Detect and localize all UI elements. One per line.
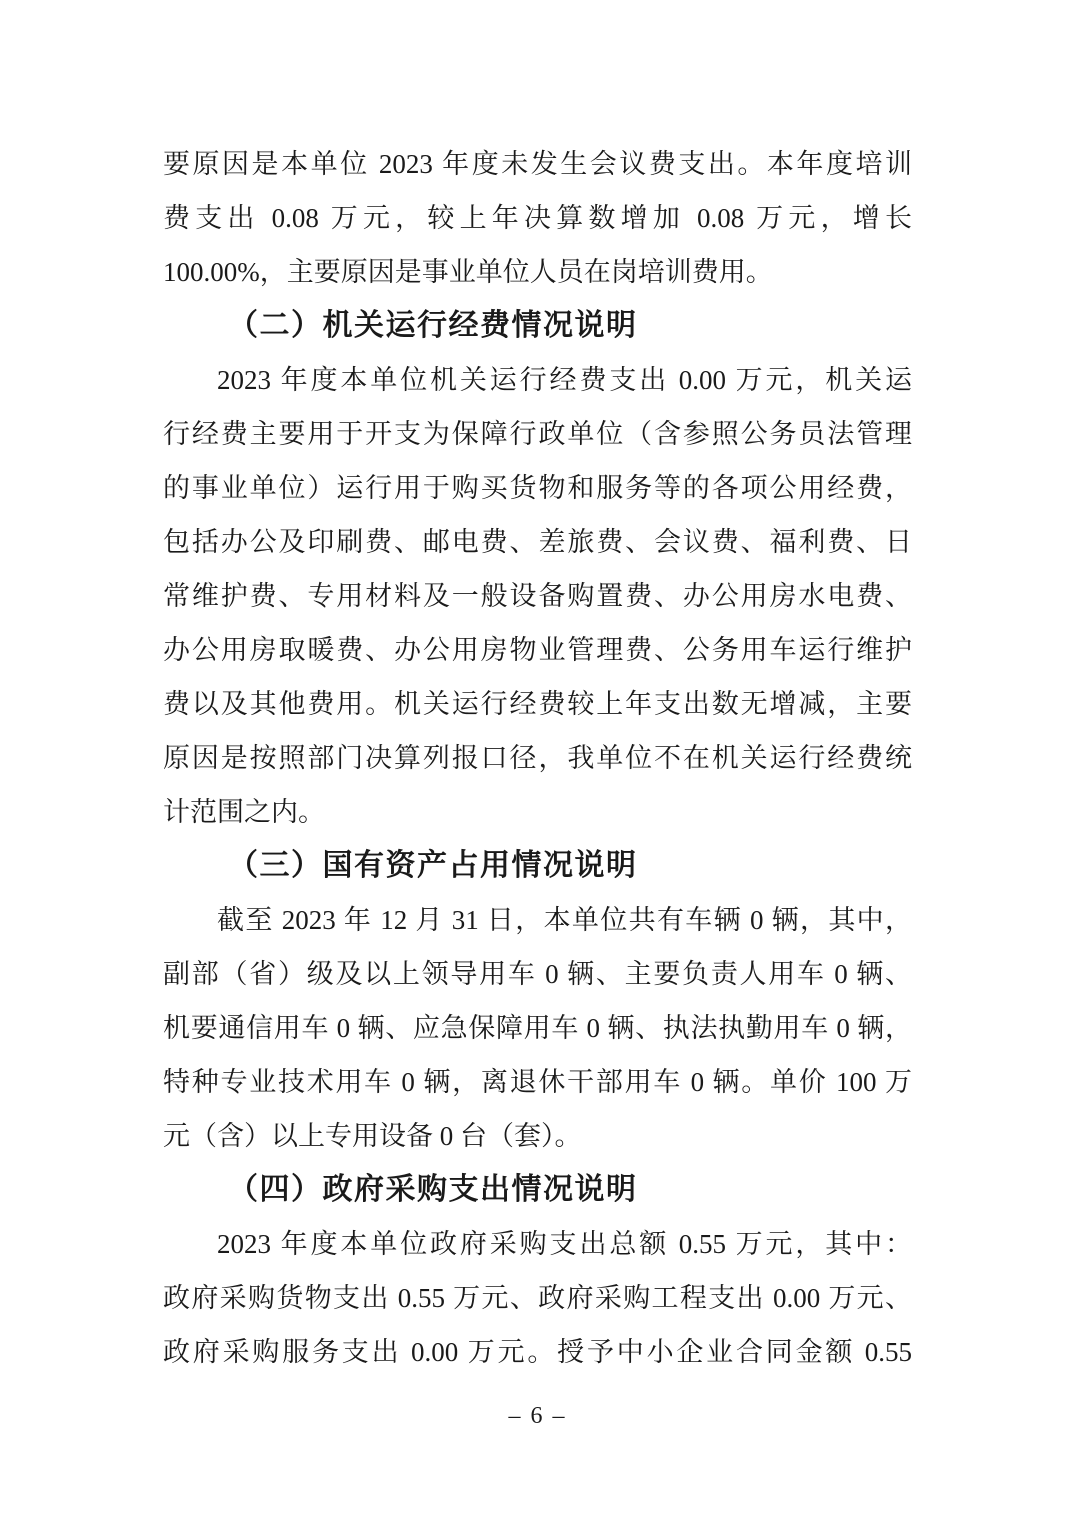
- document-page: 要原因是本单位 2023 年度未发生会议费支出。本年度培训费支出 0.08 万元…: [0, 0, 1075, 1520]
- body-text-line: 费支出 0.08 万元，较上年决算数增加 0.08 万元，增长: [163, 191, 912, 245]
- body-text-line: 截至 2023 年 12 月 31 日，本单位共有车辆 0 辆，其中，: [163, 893, 912, 947]
- body-text-line: 原因是按照部门决算列报口径，我单位不在机关运行经费统: [163, 731, 912, 785]
- body-text-line: 特种专业技术用车 0 辆，离退休干部用车 0 辆。单价 100 万: [163, 1055, 912, 1109]
- body-text-line: 机要通信用车 0 辆、应急保障用车 0 辆、执法执勤用车 0 辆，: [163, 1001, 912, 1055]
- section-heading: （三）国有资产占用情况说明: [163, 839, 912, 893]
- body-text-line: 元（含）以上专用设备 0 台（套）。: [163, 1109, 912, 1163]
- section-heading: （二）机关运行经费情况说明: [163, 299, 912, 353]
- body-text-line: 100.00%，主要原因是事业单位人员在岗培训费用。: [163, 245, 912, 299]
- body-text-line: 副部（省）级及以上领导用车 0 辆、主要负责人用车 0 辆、: [163, 947, 912, 1001]
- page-number: – 6 –: [0, 1400, 1075, 1432]
- body-text-line: 2023 年度本单位政府采购支出总额 0.55 万元，其中：: [163, 1217, 912, 1271]
- body-text-line: 要原因是本单位 2023 年度未发生会议费支出。本年度培训: [163, 137, 912, 191]
- body-text-line: 包括办公及印刷费、邮电费、差旅费、会议费、福利费、日: [163, 515, 912, 569]
- body-text-line: 常维护费、专用材料及一般设备购置费、办公用房水电费、: [163, 569, 912, 623]
- body-text-line: 费以及其他费用。机关运行经费较上年支出数无增减，主要: [163, 677, 912, 731]
- body-text-line: 的事业单位）运行用于购买货物和服务等的各项公用经费，: [163, 461, 912, 515]
- body-text-line: 政府采购服务支出 0.00 万元。授予中小企业合同金额 0.55: [163, 1325, 912, 1379]
- body-text-line: 计范围之内。: [163, 785, 912, 839]
- body-text-line: 2023 年度本单位机关运行经费支出 0.00 万元，机关运: [163, 353, 912, 407]
- body-text-line: 办公用房取暖费、办公用房物业管理费、公务用车运行维护: [163, 623, 912, 677]
- body-text-line: 政府采购货物支出 0.55 万元、政府采购工程支出 0.00 万元、: [163, 1271, 912, 1325]
- section-heading: （四）政府采购支出情况说明: [163, 1163, 912, 1217]
- body-text-line: 行经费主要用于开支为保障行政单位（含参照公务员法管理: [163, 407, 912, 461]
- document-content: 要原因是本单位 2023 年度未发生会议费支出。本年度培训费支出 0.08 万元…: [163, 137, 912, 1379]
